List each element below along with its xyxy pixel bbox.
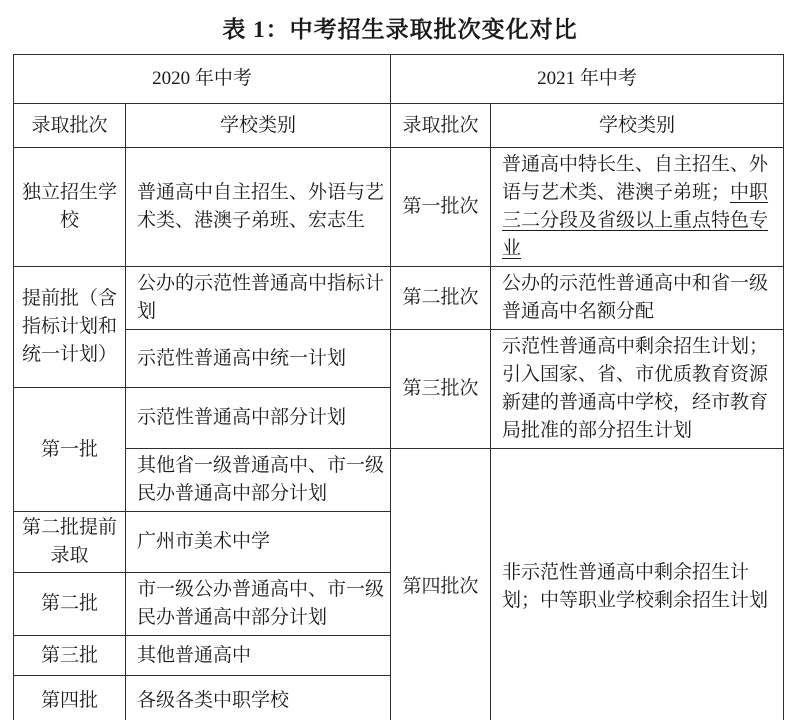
school-2020-first-other: 其他省一级普通高中、市一级民办普通高中部分计划 [126,449,391,512]
batch-2021-fourth: 第四批次 [391,449,491,720]
year-header-2021: 2021 年中考 [391,55,784,104]
batch-2020-second: 第二批 [14,573,126,636]
document-page: 表 1：中考招生录取批次变化对比 2020 年中考 2021 年中考 录取批次 … [0,0,800,720]
batch-2020-fourth: 第四批 [14,676,126,720]
col-header-batch-2021: 录取批次 [391,104,491,148]
school-2020-second: 市一级公办普通高中、市一级民办普通高中部分计划 [126,573,391,636]
school-2021-fourth: 非示范性普通高中剩余招生计划；中等职业学校剩余招生计划 [491,449,784,720]
school-2020-independent: 普通高中自主招生、外语与艺术类、港澳子弟班、宏志生 [126,148,391,267]
school-2021-third: 示范性普通高中剩余招生计划；引入国家、省、市优质教育资源新建的普通高中学校，经市… [491,330,784,449]
table-row: 提前批（含指标计划和统一计划） 公办的示范性普通高中指标计划 第二批次 公办的示… [14,267,784,330]
school-2021-first: 普通高中特长生、自主招生、外语与艺术类、港澳子弟班；中职三二分段及省级以上重点特… [491,148,784,267]
batch-2021-first: 第一批次 [391,148,491,267]
table-caption: 表 1：中考招生录取批次变化对比 [0,11,800,44]
batch-2021-third: 第三批次 [391,330,491,449]
col-header-school-2020: 学校类别 [126,104,391,148]
batch-2020-first: 第一批 [14,388,126,512]
year-header-2020: 2020 年中考 [14,55,391,104]
school-2020-advance-unified: 示范性普通高中统一计划 [126,330,391,388]
school-2020-fourth: 各级各类中职学校 [126,676,391,720]
school-2020-second-advance: 广州市美术中学 [126,512,391,573]
batch-2020-second-advance: 第二批提前录取 [14,512,126,573]
batch-2020-third: 第三批 [14,636,126,676]
school-2021-second: 公办的示范性普通高中和省一级普通高中名额分配 [491,267,784,330]
year-header-row: 2020 年中考 2021 年中考 [14,55,784,104]
batch-2021-second: 第二批次 [391,267,491,330]
table-row: 独立招生学校 普通高中自主招生、外语与艺术类、港澳子弟班、宏志生 第一批次 普通… [14,148,784,267]
batch-2020-advance: 提前批（含指标计划和统一计划） [14,267,126,388]
column-header-row: 录取批次 学校类别 录取批次 学校类别 [14,104,784,148]
school-2020-third: 其他普通高中 [126,636,391,676]
batch-2020-independent: 独立招生学校 [14,148,126,267]
admission-batches-comparison-table: 2020 年中考 2021 年中考 录取批次 学校类别 录取批次 学校类别 独立… [13,54,784,720]
school-2020-first-partial: 示范性普通高中部分计划 [126,388,391,449]
school-2021-first-normal: 普通高中特长生、自主招生、外语与艺术类、港澳子弟班； [502,154,768,203]
col-header-school-2021: 学校类别 [491,104,784,148]
table-row: 其他省一级普通高中、市一级民办普通高中部分计划 第四批次 非示范性普通高中剩余招… [14,449,784,512]
table-row: 示范性普通高中统一计划 第三批次 示范性普通高中剩余招生计划；引入国家、省、市优… [14,330,784,388]
col-header-batch-2020: 录取批次 [14,104,126,148]
school-2020-advance-quota: 公办的示范性普通高中指标计划 [126,267,391,330]
